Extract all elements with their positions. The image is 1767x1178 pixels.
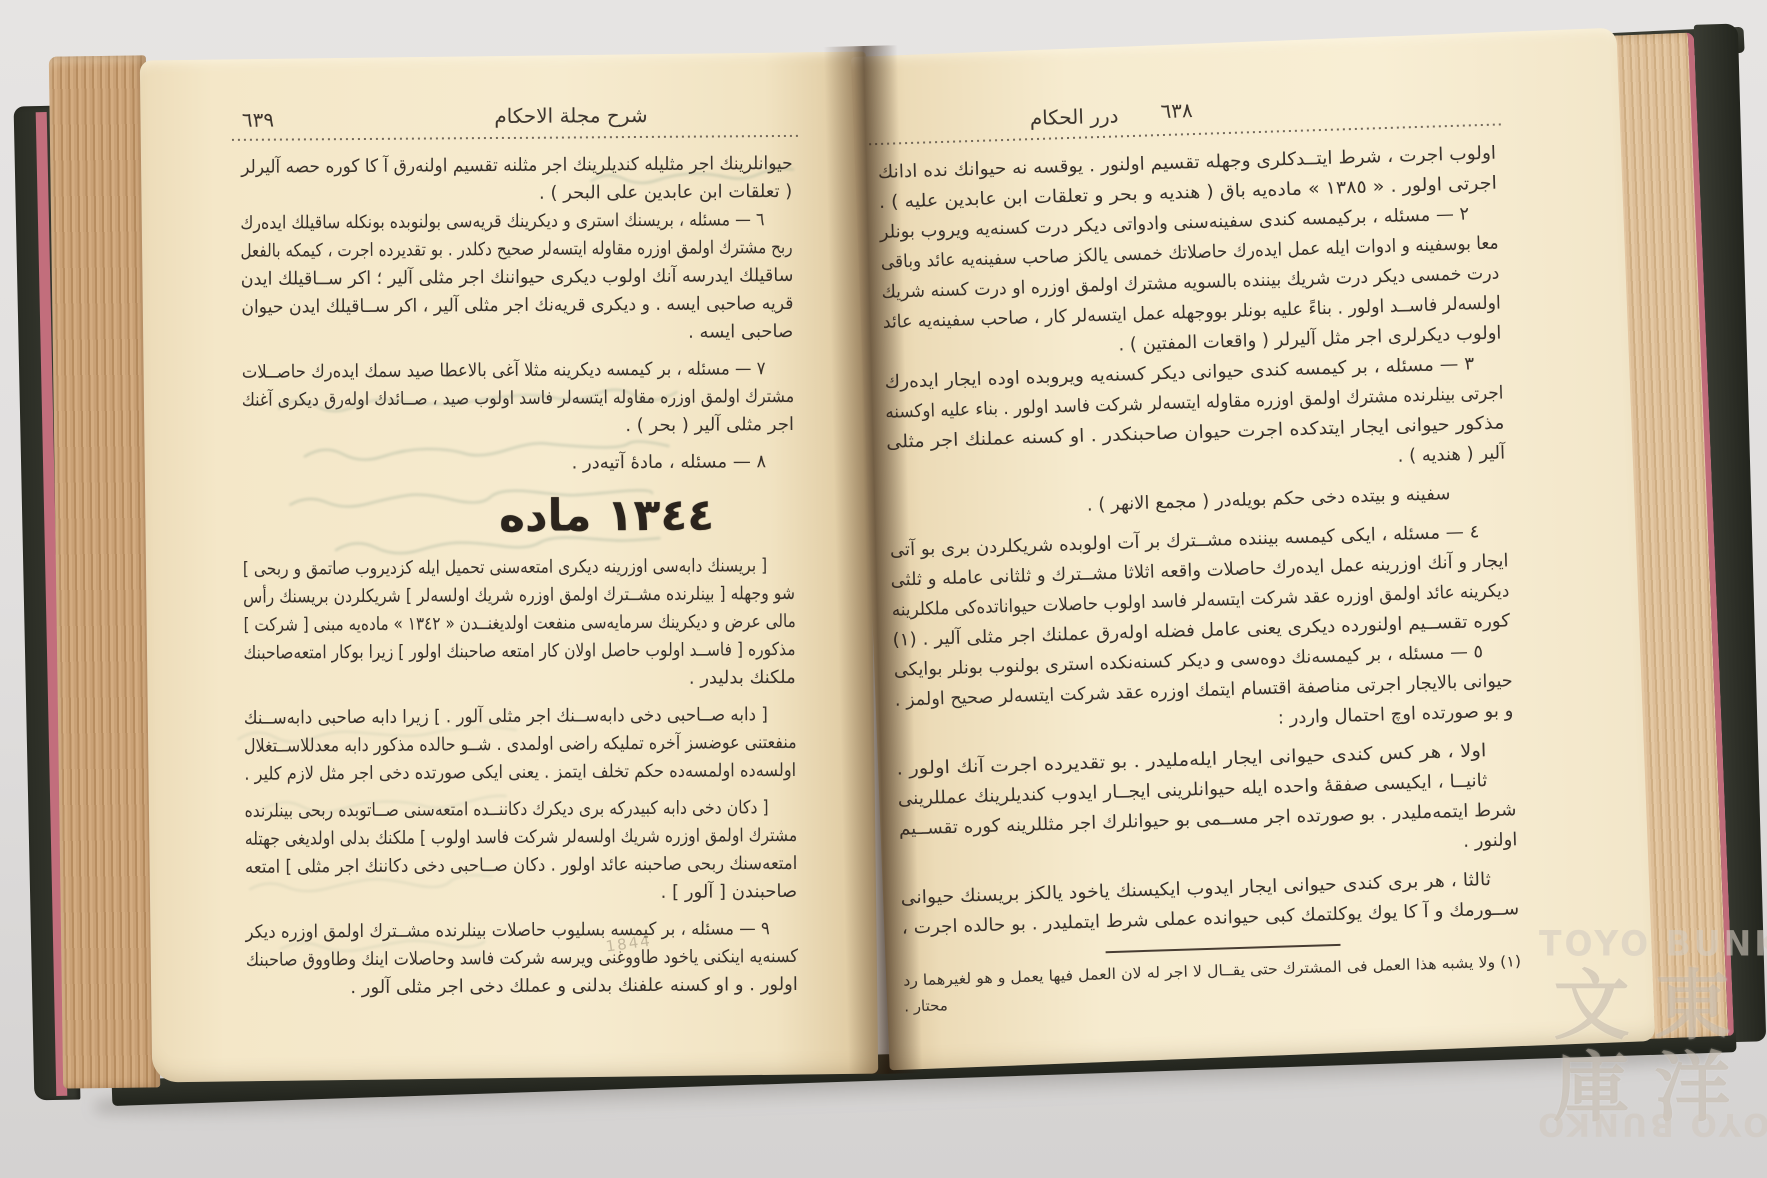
right-page: درر الحكام ٦٣٨ اولوب اجرت ، شرط ايتــدكل… <box>851 28 1655 1071</box>
running-title: درر الحكام <box>1029 103 1118 130</box>
body-lines: اولوب اجرت ، شرط ايتــدكلرى وجهله تقسيم … <box>878 139 1520 944</box>
body-line: صاحبى ايسه . <box>241 318 793 350</box>
right-page-text: درر الحكام ٦٣٨ اولوب اجرت ، شرط ايتــدكل… <box>876 87 1522 1020</box>
watermark-text-bottom: TOYO BUNKO <box>1535 1106 1767 1142</box>
body-line: ( تعلقات ابن عابدين على البحر ) . <box>240 178 792 210</box>
body-line: مشترك اولمق اوزره مقاوله ايتسه‌لر فاسد ا… <box>242 383 794 415</box>
body-line: ٨ — مسئله ، مادهٔ آتيه‌در . <box>242 448 794 480</box>
body-line: حيوانلرينك اجر مثليله كنديلرينك اجر مثلن… <box>240 150 792 182</box>
running-title: شرح مجلة الاحكام <box>494 103 647 128</box>
body-line: اجر مثلى آلير ( بحر ) . <box>242 411 794 443</box>
body-line: ٦ — مسئله ، بريسنك استرى و ديكرينك قريه‌… <box>240 206 792 238</box>
left-page-text: ٦٣٩ شرح مجلة الاحكام حيوانلرينك اجر مثلي… <box>240 98 798 1003</box>
body-line: مشترك اولمق اوزره شريك اولسه‌لر شركت فاس… <box>245 822 797 854</box>
body-line: ٩ — مسئله ، بر كيمسه بسليوب حاصلات بينلر… <box>245 915 797 947</box>
body-line: امتعه‌سنك ربحى صاحبنه عائد اولور . دكان … <box>245 850 797 882</box>
body-line: شو وجهله [ بينلرنده مشــترك اولمق اوزره … <box>243 580 795 612</box>
body-line: [ دابه صــاحبى دخى دابه‌ســنك اجر مثلى آ… <box>244 701 796 733</box>
body-line: صاحبندن [ آلور ] . <box>245 878 797 910</box>
body-line: كسنه‌يه اينكنى ياخود طاووغنى ويرسه شركت … <box>246 943 798 975</box>
body-line: قريه صاحبى ايسه . و ديكرى قريه‌نك اجر مث… <box>241 290 793 322</box>
body-lines-lower: [ بريسنك دابه‌سى اوزرينه ديكرى امتعه‌سنى… <box>243 552 798 1003</box>
body-line: اولور . و او كسنه علفنك بدلنى و عملك دخى… <box>246 971 798 1003</box>
body-line: ٧ — مسئله ، بر كيمسه ديكرينه مثلا آغى با… <box>241 355 793 387</box>
body-line: منفعتنى عوضسز آخره تمليكه راضى اولمدى . … <box>244 729 796 761</box>
body-line: ساقيلك ايدرسه آنك اولوب ديكرى حيواننك اج… <box>241 262 793 294</box>
folio-number: ٦٣٩ <box>242 108 274 132</box>
body-line: [ بريسنك دابه‌سى اوزرينه ديكرى امتعه‌سنى… <box>243 552 795 584</box>
article-heading: ١٣٤٤ ماده <box>330 487 882 547</box>
body-lines-upper: حيوانلرينك اجر مثليله كنديلرينك اجر مثلن… <box>240 150 794 480</box>
body-line: مالى عرض و ديكرينك سرمايه‌سى منفعت اولدي… <box>243 608 795 640</box>
body-line: [ دكان دخى دابه كبيدركه برى ديكرك دكاننـ… <box>245 794 797 826</box>
footnote-rule <box>1106 944 1341 953</box>
folio-number: ٦٣٨ <box>1160 98 1193 123</box>
body-line: ربح مشترك اولمق اوزره مقاوله ايتسه‌لر صح… <box>241 234 793 266</box>
body-line: مذكوره [ فاســد اولوب حاصل اولان كار امت… <box>243 636 795 668</box>
photo-of-open-book: { "photo": { "background_color": "#e1dfd… <box>0 0 1767 1178</box>
body-line: ملكنك بدليدر . <box>244 664 796 696</box>
body-line: اولسه‌ده اولمسه‌ده حكم تخلف ايتمز . يعنى… <box>244 757 796 789</box>
left-page-header: ٦٣٩ شرح مجلة الاحكام <box>240 98 792 138</box>
left-page: 1844 ٦٣٩ شرح مجلة الاحكام حيوانلرينك اجر… <box>140 52 878 1083</box>
